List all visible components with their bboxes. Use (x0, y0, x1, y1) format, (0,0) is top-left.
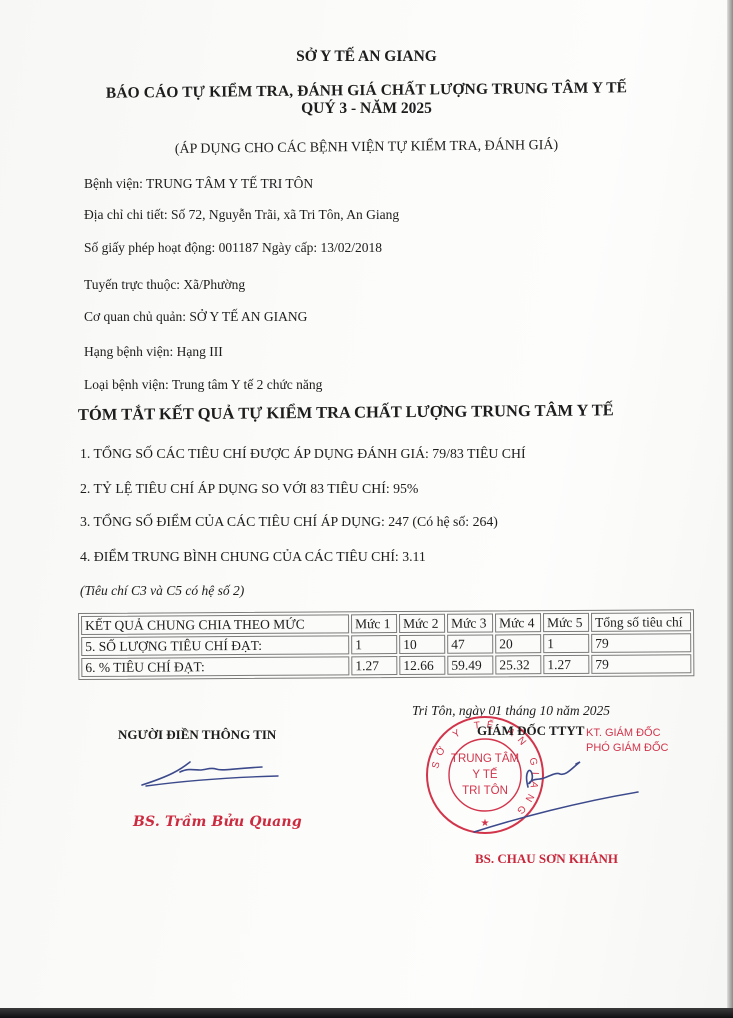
table-header-cell: KẾT QUẢ CHUNG CHIA THEO MỨC (81, 614, 349, 635)
page-edge-shadow (728, 0, 733, 1018)
info-agency: Cơ quan chủ quản: SỞ Y TẾ AN GIANG (84, 309, 307, 325)
info-level: Tuyến trực thuộc: Xã/Phường (84, 277, 245, 293)
table-row: 5. SỐ LƯỢNG TIÊU CHÍ ĐẠT: 1 10 47 20 1 7… (81, 633, 691, 656)
table-cell: 1 (543, 634, 589, 653)
summary-item-4: 4. ĐIỂM TRUNG BÌNH CHUNG CỦA CÁC TIÊU CH… (80, 549, 426, 565)
summary-note: (Tiêu chí C3 và C5 có hệ số 2) (80, 583, 244, 599)
table-header-row: KẾT QUẢ CHUNG CHIA THEO MỨC Mức 1 Mức 2 … (81, 612, 691, 635)
table-cell: 12.66 (399, 656, 445, 675)
summary-title: TÓM TẮT KẾT QUẢ TỰ KIỂM TRA CHẤT LƯỢNG T… (78, 400, 614, 425)
deputy-authorization-label: KT. GIÁM ĐỐC (586, 726, 661, 740)
table-cell: 1.27 (351, 656, 397, 675)
table-row: 6. % TIÊU CHÍ ĐẠT: 1.27 12.66 59.49 25.3… (81, 654, 691, 677)
table-header-cell: Mức 1 (351, 614, 397, 633)
table-cell: 5. SỐ LƯỢNG TIÊU CHÍ ĐẠT: (81, 635, 349, 656)
table-cell: 6. % TIÊU CHÍ ĐẠT: (81, 656, 349, 677)
document-page: SỞ Y TẾ AN GIANG BÁO CÁO TỰ KIỂM TRA, ĐÁ… (0, 0, 729, 1010)
director-name: BS. CHAU SƠN KHÁNH (475, 851, 618, 867)
report-period: QUÝ 3 - NĂM 2025 (0, 100, 733, 118)
table-cell: 1.27 (543, 655, 589, 674)
table-header-cell: Mức 2 (399, 614, 445, 633)
results-table: KẾT QUẢ CHUNG CHIA THEO MỨC Mức 1 Mức 2 … (78, 609, 694, 680)
director-title: GIÁM ĐỐC TTYT (477, 723, 584, 739)
summary-item-1: 1. TỔNG SỐ CÁC TIÊU CHÍ ĐƯỢC ÁP DỤNG ĐÁN… (80, 446, 526, 462)
table-cell: 59.49 (447, 655, 493, 674)
table-cell: 25.32 (495, 655, 541, 674)
preparer-signature-icon (140, 758, 290, 788)
table-header-cell: Mức 5 (543, 613, 589, 632)
table-cell: 79 (591, 633, 691, 653)
info-address: Địa chỉ chi tiết: Số 72, Nguyễn Trãi, xã… (84, 207, 399, 223)
table-cell: 79 (591, 654, 691, 674)
table-header-cell: Mức 4 (495, 613, 541, 632)
table-cell: 1 (351, 635, 397, 654)
department-heading: SỞ Y TẾ AN GIANG (0, 48, 733, 66)
report-subtitle: (ÁP DỤNG CHO CÁC BỆNH VIỆN TỰ KIỂM TRA, … (0, 136, 733, 160)
table-header-cell: Tổng số tiêu chí (591, 612, 691, 632)
info-type: Loại bệnh viện: Trung tâm Y tế 2 chức nă… (84, 377, 322, 393)
preparer-name: BS. Trầm Bửu Quang (133, 814, 302, 830)
summary-item-3: 3. TỔNG SỐ ĐIỂM CỦA CÁC TIÊU CHÍ ÁP DỤNG… (80, 514, 498, 530)
page-edge-shadow (0, 1008, 733, 1018)
table-header-cell: Mức 3 (447, 613, 493, 632)
info-license: Số giấy phép hoạt động: 001187 Ngày cấp:… (84, 240, 382, 256)
table-cell: 20 (495, 634, 541, 653)
table-cell: 10 (399, 635, 445, 654)
summary-item-2: 2. TỶ LỆ TIÊU CHÍ ÁP DỤNG SO VỚI 83 TIÊU… (80, 481, 418, 497)
info-rank: Hạng bệnh viện: Hạng III (84, 344, 223, 360)
info-hospital: Bệnh viện: TRUNG TÂM Y TẾ TRI TÔN (84, 176, 313, 192)
director-signature-icon (468, 752, 648, 842)
table-cell: 47 (447, 634, 493, 653)
preparer-title: NGƯỜI ĐIỀN THÔNG TIN (118, 727, 276, 743)
